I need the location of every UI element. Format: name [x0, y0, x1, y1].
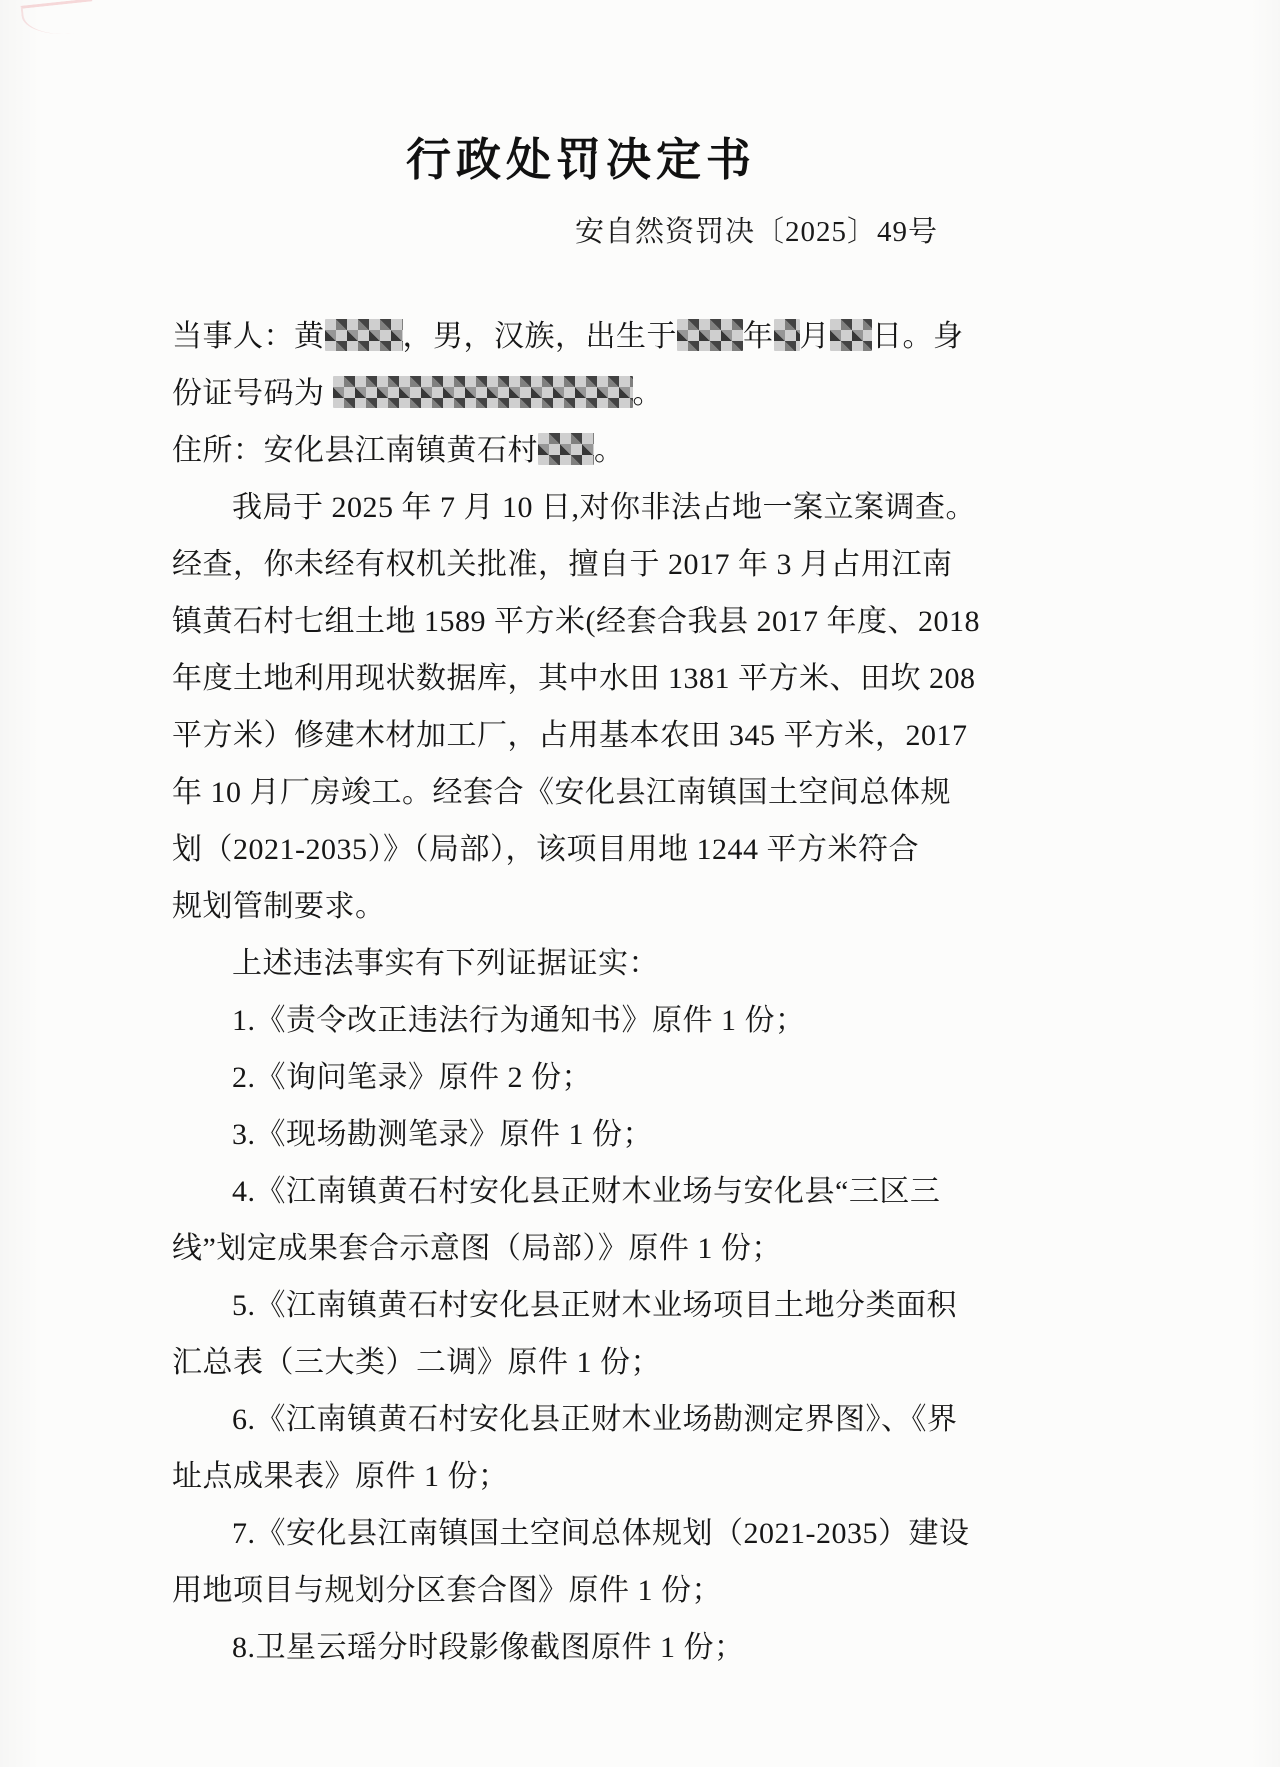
text-line: 当事人：黄，男，汉族，出生于年月日。身 — [172, 308, 990, 365]
text-segment: 年度土地利用现状数据库，其中水田 1381 平方米、田坎 208 — [172, 662, 976, 695]
text-line: 4.《江南镇黄石村安化县正财木业场与安化县“三区三 — [172, 1163, 990, 1220]
redaction-village-detail — [538, 433, 594, 465]
text-line: 份证号码为 。 — [172, 365, 990, 422]
text-line: 年度土地利用现状数据库，其中水田 1381 平方米、田坎 208 — [172, 650, 990, 707]
text-segment: 5.《江南镇黄石村安化县正财木业场项目土地分类面积 — [232, 1289, 957, 1322]
text-segment: 平方米）修建木材加工厂，占用基本农田 345 平方米，2017 — [172, 719, 968, 752]
text-segment: 日。身 — [872, 320, 964, 353]
text-segment: 镇黄石村七组土地 1589 平方米(经套合我县 2017 年度、2018 — [172, 605, 980, 638]
text-segment: 3.《现场勘测笔录》原件 1 份； — [232, 1118, 653, 1151]
text-segment: 汇总表（三大类）二调》原件 1 份； — [172, 1346, 661, 1379]
text-line: 8.卫星云瑶分时段影像截图原件 1 份； — [172, 1619, 990, 1676]
text-line: 经查，你未经有权机关批准，擅自于 2017 年 3 月占用江南 — [172, 536, 990, 593]
text-line: 7.《安化县江南镇国土空间总体规划（2021-2035）建设 — [172, 1505, 990, 1562]
text-segment: 。 — [594, 434, 625, 467]
text-segment: 。 — [633, 377, 664, 410]
document-title: 行政处罚决定书 — [172, 128, 990, 192]
text-segment: ，男，汉族，出生于 — [403, 320, 678, 353]
text-line: 线”划定成果套合示意图（局部）》原件 1 份； — [172, 1220, 990, 1277]
text-segment: 份证号码为 — [172, 377, 333, 410]
text-line: 年 10 月厂房竣工。经套合《安化县江南镇国土空间总体规 — [172, 764, 990, 821]
text-segment: 1.《责令改正违法行为通知书》原件 1 份； — [232, 1004, 806, 1037]
text-segment: 划（2021-2035）》（局部），该项目用地 1244 平方米符合 — [172, 833, 919, 866]
text-segment: 当事人：黄 — [172, 320, 325, 353]
text-segment: 住所：安化县江南镇黄石村 — [172, 434, 538, 467]
redaction-birth-day — [830, 319, 872, 351]
text-line: 我局于 2025 年 7 月 10 日,对你非法占地一案立案调查。 — [172, 479, 990, 536]
redaction-birth-month — [774, 319, 800, 351]
text-segment: 6.《江南镇黄石村安化县正财木业场勘测定界图》、《界 — [232, 1403, 958, 1436]
text-segment: 上述违法事实有下列证据证实： — [232, 947, 659, 980]
document-page: 行政处罚决定书 安自然资罚决〔2025〕49号 当事人：黄，男，汉族，出生于年月… — [0, 0, 1280, 1767]
text-line: 镇黄石村七组土地 1589 平方米(经套合我县 2017 年度、2018 — [172, 593, 990, 650]
text-line: 1.《责令改正违法行为通知书》原件 1 份； — [172, 992, 990, 1049]
text-line: 6.《江南镇黄石村安化县正财木业场勘测定界图》、《界 — [172, 1391, 990, 1448]
text-line: 住所：安化县江南镇黄石村。 — [172, 422, 990, 479]
text-segment: 线”划定成果套合示意图（局部）》原件 1 份； — [172, 1232, 782, 1265]
document-lines: 当事人：黄，男，汉族，出生于年月日。身份证号码为 。住所：安化县江南镇黄石村。我… — [172, 308, 990, 1676]
text-line: 汇总表（三大类）二调》原件 1 份； — [172, 1334, 990, 1391]
text-line: 用地项目与规划分区套合图》原件 1 份； — [172, 1562, 990, 1619]
text-segment: 年 — [743, 320, 774, 353]
text-line: 上述违法事实有下列证据证实： — [172, 935, 990, 992]
text-line: 3.《现场勘测笔录》原件 1 份； — [172, 1106, 990, 1163]
text-line: 规划管制要求。 — [172, 878, 990, 935]
text-line: 平方米）修建木材加工厂，占用基本农田 345 平方米，2017 — [172, 707, 990, 764]
text-segment: 我局于 2025 年 7 月 10 日,对你非法占地一案立案调查。 — [232, 491, 976, 524]
scan-artifact — [20, 0, 95, 39]
text-segment: 址点成果表》原件 1 份； — [172, 1460, 509, 1493]
text-segment: 4.《江南镇黄石村安化县正财木业场与安化县“三区三 — [232, 1175, 940, 1208]
text-segment: 月 — [800, 320, 831, 353]
redaction-name — [325, 319, 403, 351]
text-line: 5.《江南镇黄石村安化县正财木业场项目土地分类面积 — [172, 1277, 990, 1334]
text-line: 划（2021-2035）》（局部），该项目用地 1244 平方米符合 — [172, 821, 990, 878]
text-segment: 规划管制要求。 — [172, 890, 386, 923]
text-line: 2.《询问笔录》原件 2 份； — [172, 1049, 990, 1106]
redaction-birth-year — [677, 319, 743, 351]
text-segment: 年 10 月厂房竣工。经套合《安化县江南镇国土空间总体规 — [172, 776, 951, 809]
text-segment: 用地项目与规划分区套合图》原件 1 份； — [172, 1574, 722, 1607]
document-number: 安自然资罚决〔2025〕49号 — [172, 208, 990, 256]
text-segment: 经查，你未经有权机关批准，擅自于 2017 年 3 月占用江南 — [172, 548, 953, 581]
text-segment: 2.《询问笔录》原件 2 份； — [232, 1061, 592, 1094]
text-segment: 7.《安化县江南镇国土空间总体规划（2021-2035）建设 — [232, 1517, 970, 1550]
text-segment: 8.卫星云瑶分时段影像截图原件 1 份； — [232, 1631, 745, 1664]
text-line: 址点成果表》原件 1 份； — [172, 1448, 990, 1505]
redaction-id-number — [333, 376, 633, 408]
